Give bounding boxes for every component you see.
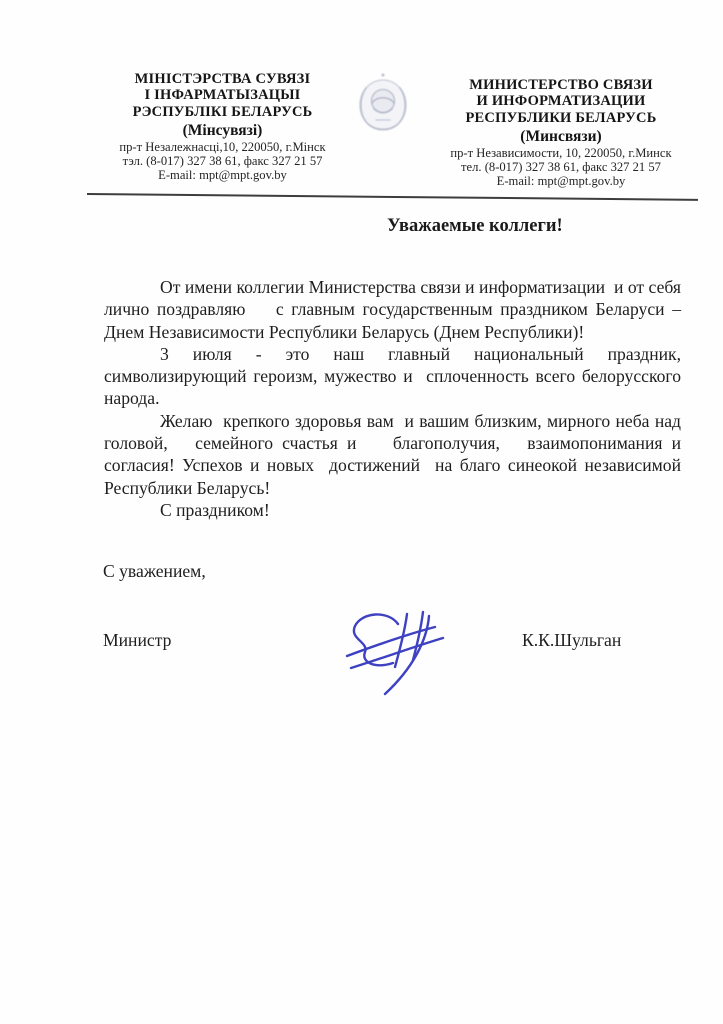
belarus-coat-of-arms-icon <box>354 68 412 138</box>
paragraph-2: 3 июля - это наш главный национальный пр… <box>104 343 681 410</box>
ministry-letterhead-belarusian: МІНІСТЭРСТВА СУВЯЗІ І ІНФАРМАТЫЗАЦЫІ РЭС… <box>85 71 360 183</box>
closing-phrase: С уважением, <box>103 561 206 582</box>
ministry-address-be: пр-т Незалежнасці,10, 220050, г.Мінск <box>85 140 360 154</box>
paragraph-3: Желаю крепкого здоровья вам и вашим близ… <box>104 410 681 499</box>
ministry-title-ru-line3: РЕСПУБЛИКИ БЕЛАРУСЬ <box>420 110 702 126</box>
ministry-shortname-ru: (Минсвязи) <box>420 127 702 146</box>
letterhead-divider <box>87 193 698 201</box>
ministry-title-be: МІНІСТЭРСТВА СУВЯЗІ І ІНФАРМАТЫЗАЦЫІ РЭС… <box>85 71 360 120</box>
ministry-shortname-be: (Мінсувязі) <box>85 121 360 140</box>
ministry-email-be: E-mail: mpt@mpt.gov.by <box>85 168 360 182</box>
ministry-title-be-line1: МІНІСТЭРСТВА СУВЯЗІ <box>85 71 360 87</box>
signer-name: К.К.Шульган <box>522 630 621 651</box>
minister-signature-icon <box>338 602 450 701</box>
ministry-phone-ru: тел. (8-017) 327 38 61, факс 327 21 57 <box>420 160 702 174</box>
ministry-address-ru: пр-т Независимости, 10, 220050, г.Минск <box>420 146 702 160</box>
paragraph-4: С праздником! <box>104 499 681 521</box>
paragraph-1: От имени коллегии Министерства связи и и… <box>104 276 681 343</box>
ministry-title-ru-line1: МИНИСТЕРСТВО СВЯЗИ <box>420 77 702 93</box>
letter-body: От имени коллегии Министерства связи и и… <box>104 276 681 521</box>
ministry-phone-be: тэл. (8-017) 327 38 61, факс 327 21 57 <box>85 154 360 168</box>
salutation: Уважаемые коллеги! <box>387 216 563 237</box>
signer-title: Министр <box>103 630 171 651</box>
ministry-title-be-line2: І ІНФАРМАТЫЗАЦЫІ <box>85 87 360 103</box>
scanned-letter-page: МІНІСТЭРСТВА СУВЯЗІ І ІНФАРМАТЫЗАЦЫІ РЭС… <box>0 0 723 1024</box>
ministry-title-ru: МИНИСТЕРСТВО СВЯЗИ И ИНФОРМАТИЗАЦИИ РЕСП… <box>420 77 702 126</box>
ministry-letterhead-russian: МИНИСТЕРСТВО СВЯЗИ И ИНФОРМАТИЗАЦИИ РЕСП… <box>420 77 702 189</box>
ministry-title-ru-line2: И ИНФОРМАТИЗАЦИИ <box>420 93 702 109</box>
ministry-title-be-line3: РЭСПУБЛІКІ БЕЛАРУСЬ <box>85 104 360 120</box>
ministry-email-ru: E-mail: mpt@mpt.gov.by <box>420 174 702 188</box>
